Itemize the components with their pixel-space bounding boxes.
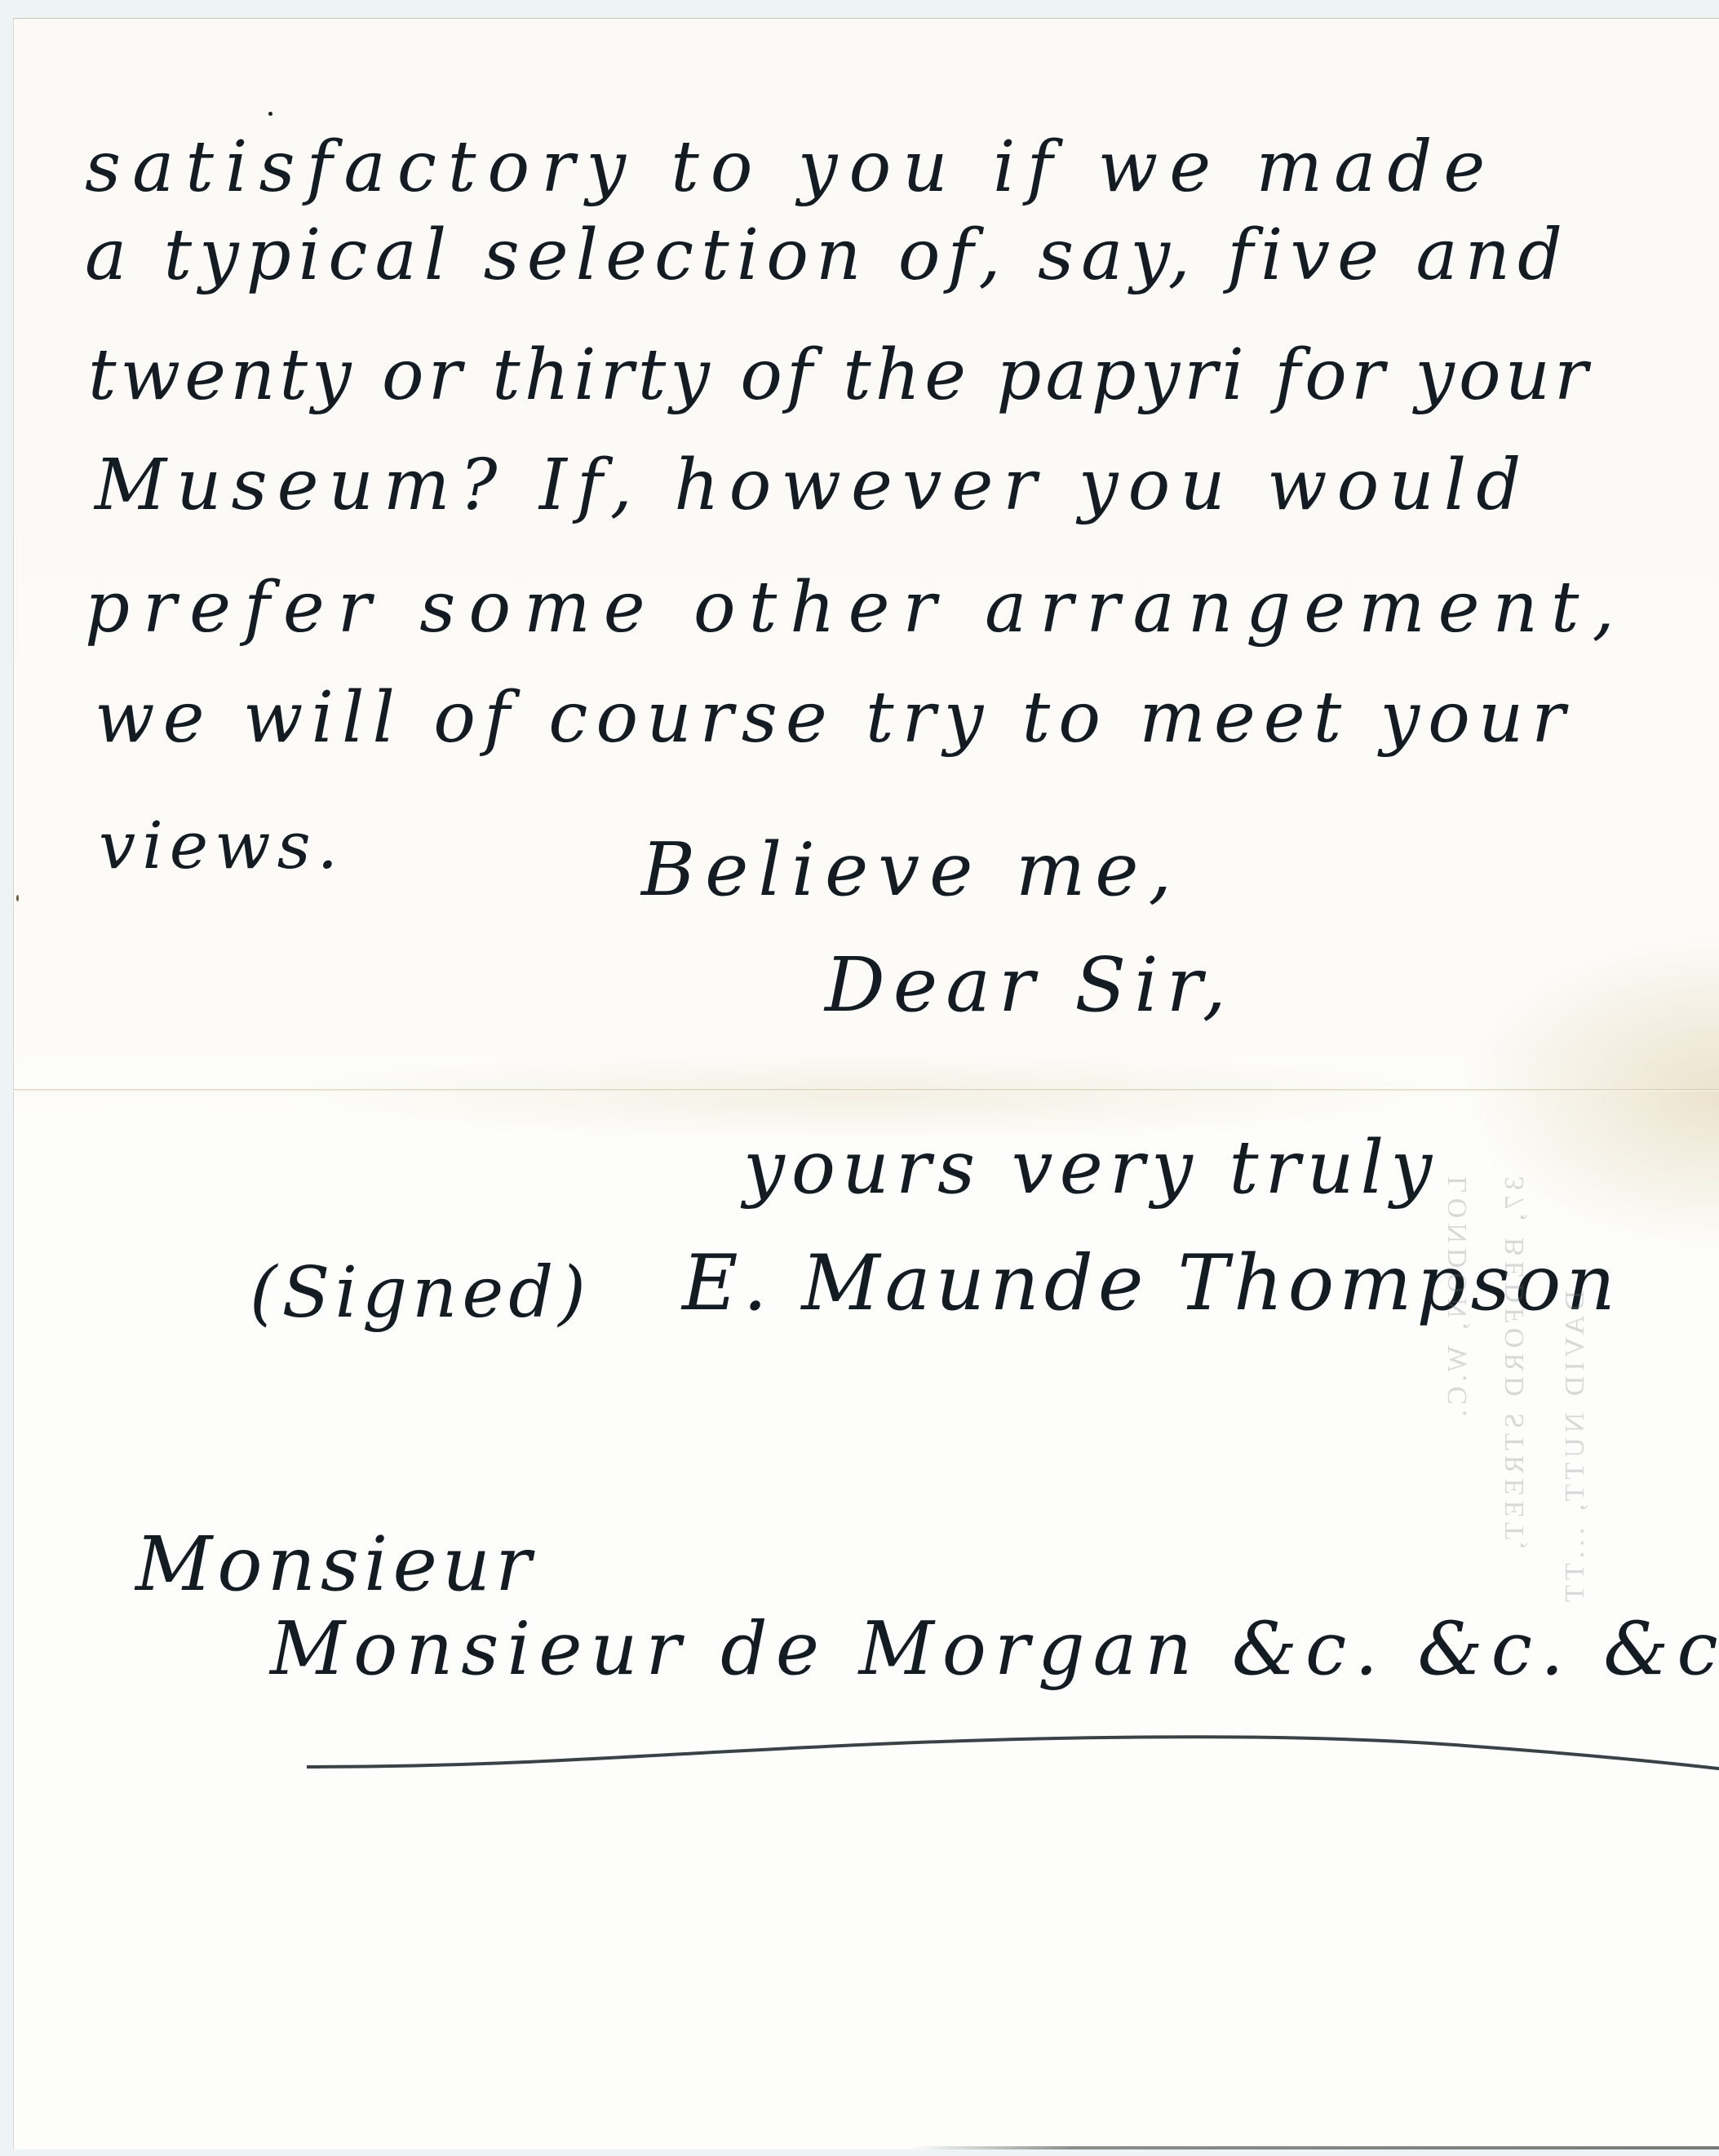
signature-prefix: (Signed) — [250, 1258, 591, 1328]
letter-body-line-6: we will of course try to meet your — [95, 683, 1573, 753]
letter-body-line-5: prefer some other arrangement, — [85, 573, 1628, 643]
address-underline — [307, 1729, 1719, 1778]
paper-bottom-edge — [910, 2146, 1719, 2149]
signature-name: E. Maunde Thompson — [682, 1246, 1620, 1322]
ink-speck — [268, 112, 272, 116]
letter-body-line-1: satisfactory to you if we made — [85, 132, 1496, 202]
closing-believe-me: Believe me, — [641, 834, 1181, 907]
bleed-through-line-1: LONDON, W.C. — [1442, 1176, 1473, 1422]
addressee-salutation: Monsieur — [135, 1527, 536, 1602]
ink-speck — [16, 895, 19, 901]
closing-dear-sir: Dear Sir, — [825, 948, 1234, 1023]
letter-body-line-7: views. — [99, 813, 344, 879]
bleed-through-line-2: 37, BEDFORD STREET, — [1500, 1176, 1531, 1554]
closing-yours-very-truly: yours very truly — [743, 1131, 1438, 1205]
addressee-name-line: Monsieur de Morgan &c. &c. &c — [270, 1613, 1719, 1686]
letter-body-line-4: Museum? If, however you would — [95, 450, 1531, 520]
paper-fold-crease — [13, 1089, 1719, 1091]
letter-body-line-2: a typical selection of, say, five and — [85, 220, 1570, 290]
letter-page: satisfactory to you if we made a typical… — [13, 18, 1719, 2149]
letter-body-line-3: twenty or thirty of the papyri for your — [88, 340, 1592, 410]
bleed-through-line-3: DAVID NUTT, ...TT — [1560, 1291, 1591, 1607]
